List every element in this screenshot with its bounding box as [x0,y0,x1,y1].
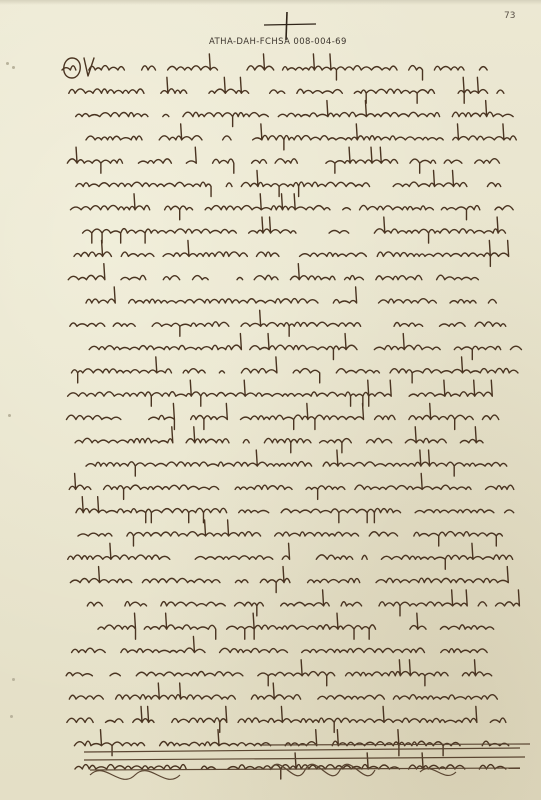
handwritten-line [75,753,506,779]
handwritten-line [74,240,509,266]
strike-line [84,757,525,760]
handwritten-line [67,147,499,173]
handwritten-line [89,334,521,360]
handwritten-line [70,567,508,593]
handwritten-line [98,613,503,639]
manuscript-text-body [0,0,541,800]
handwritten-line [69,77,504,103]
handwritten-line [86,124,516,150]
handwritten-line [87,590,519,616]
handwritten-line [70,310,506,336]
handwritten-line [76,497,514,523]
handwritten-line [76,171,512,197]
handwritten-line [86,450,507,476]
handwritten-line [62,54,510,80]
handwritten-line [68,543,513,569]
manuscript-page: ATHA-DAH-FCHSA 008-004-69 73 [0,0,541,800]
handwritten-line [78,520,502,546]
handwritten-line [83,217,506,243]
strike-line [84,748,520,752]
handwritten-line [66,660,492,686]
handwritten-line [86,287,496,303]
struck-signature-block [84,744,530,779]
handwritten-line [71,357,517,383]
handwritten-line [72,637,503,653]
handwritten-line [69,473,514,499]
handwritten-line [75,427,492,453]
handwritten-line [76,101,513,127]
handwritten-line [66,404,498,430]
handwritten-line [70,194,513,220]
handwritten-line [69,683,497,699]
handwritten-line [68,380,493,406]
handwritten-line [68,264,504,280]
handwritten-line [67,706,514,732]
